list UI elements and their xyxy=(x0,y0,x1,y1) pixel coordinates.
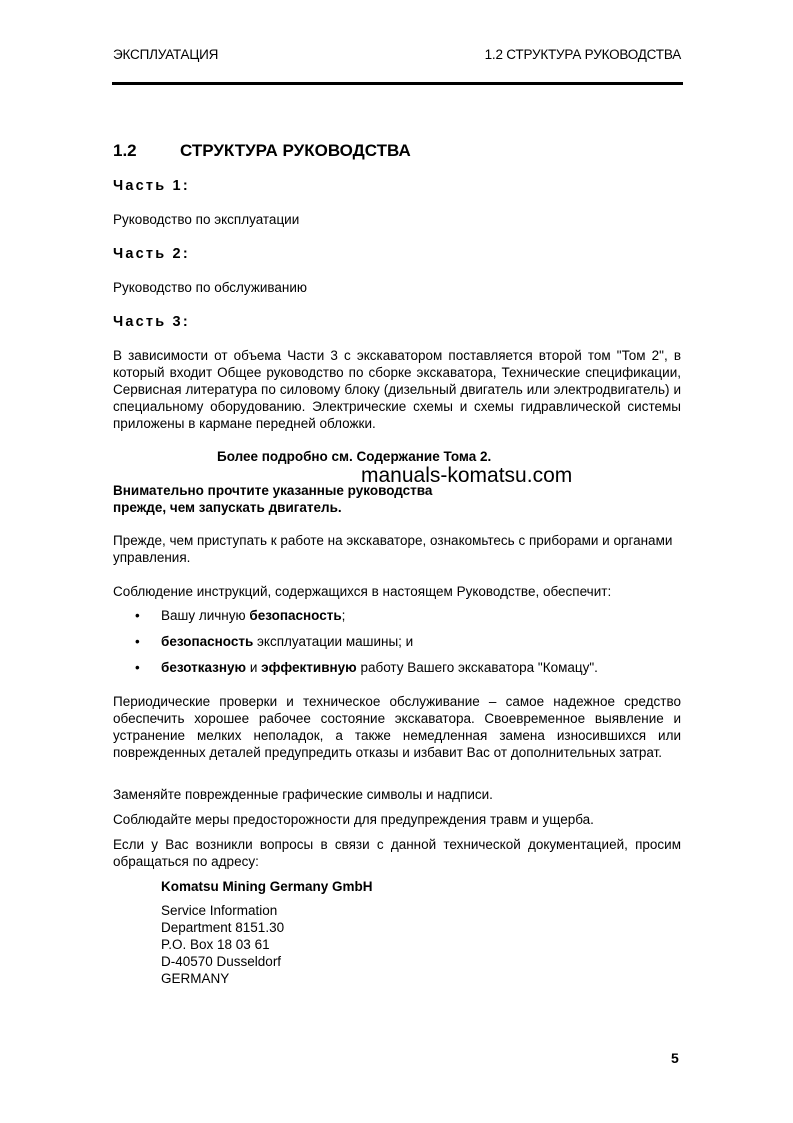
bullet-icon: • xyxy=(135,660,140,675)
part-1-text: Руководство по эксплуатации xyxy=(113,211,681,228)
warning-line-1: Внимательно прочтите указанные руководст… xyxy=(113,482,681,499)
part-2-text: Руководство по обслуживанию xyxy=(113,279,681,296)
bullet-icon: • xyxy=(135,608,140,623)
bullet-item-machine-safety: безопасность эксплуатации машины; и xyxy=(161,634,413,649)
address-company: Komatsu Mining Germany GmbH xyxy=(161,878,373,895)
part-3-heading: Часть 3: xyxy=(113,314,190,330)
bullet-item-reliable-operation: безотказную и эффективную работу Вашего … xyxy=(161,660,598,675)
address-line: D-40570 Dusseldorf xyxy=(161,953,281,970)
warning-line-2: прежде, чем запускать двигатель. xyxy=(113,499,681,516)
bullet-icon: • xyxy=(135,634,140,649)
part-3-text: В зависимости от объема Части 3 с экскав… xyxy=(113,347,681,432)
precautions-paragraph: Соблюдайте меры предосторожности для пре… xyxy=(113,811,681,828)
section-number: 1.2 xyxy=(113,141,180,161)
part-1-heading: Часть 1: xyxy=(113,178,190,194)
page-number: 5 xyxy=(671,1050,679,1066)
replace-symbols-paragraph: Заменяйте поврежденные графические симво… xyxy=(113,786,681,803)
running-header-left: ЭКСПЛУАТАЦИЯ xyxy=(113,47,218,62)
maintenance-paragraph: Периодические проверки и техническое обс… xyxy=(113,693,681,761)
bullet-item-personal-safety: Вашу личную безопасность; xyxy=(161,608,345,623)
address-line: P.O. Box 18 03 61 xyxy=(161,936,270,953)
contact-lead-paragraph: Если у Вас возникли вопросы в связи с да… xyxy=(113,836,681,870)
ensures-lead: Соблюдение инструкций, содержащихся в на… xyxy=(113,583,681,600)
address-line: Service Information xyxy=(161,902,277,919)
address-line: GERMANY xyxy=(161,970,229,987)
address-line: Department 8151.30 xyxy=(161,919,284,936)
section-title-text: СТРУКТУРА РУКОВОДСТВА xyxy=(180,141,411,160)
header-rule xyxy=(112,82,683,85)
part-2-heading: Часть 2: xyxy=(113,246,190,262)
running-header-right: 1.2 СТРУКТУРА РУКОВОДСТВА xyxy=(485,47,681,62)
more-info-note: Более подробно см. Содержание Тома 2. xyxy=(217,448,491,465)
intro-paragraph: Прежде, чем приступать к работе на экска… xyxy=(113,532,681,566)
section-title: 1.2СТРУКТУРА РУКОВОДСТВА xyxy=(113,141,411,161)
